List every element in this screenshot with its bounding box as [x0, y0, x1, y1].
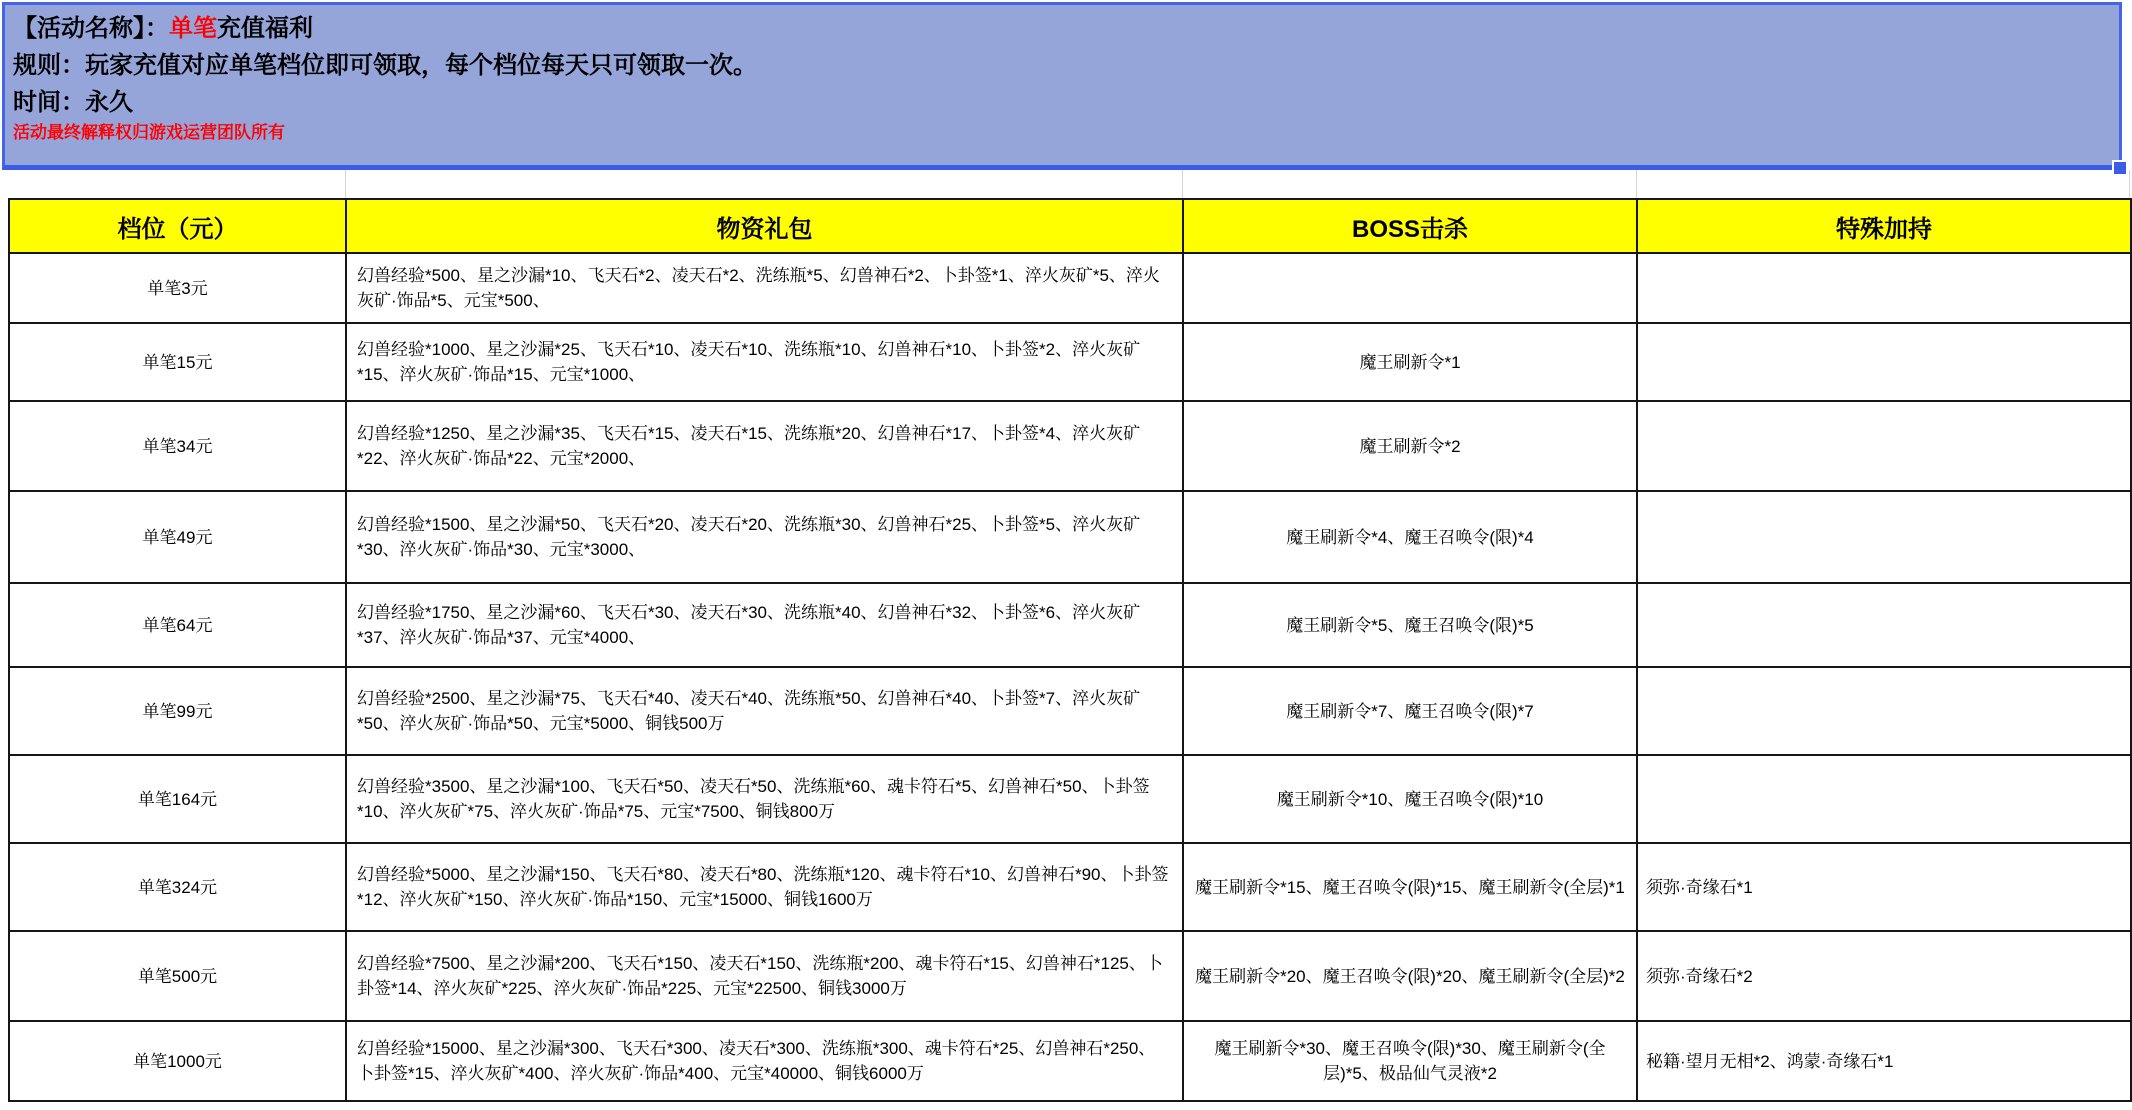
- table-row: 单笔500元 幻兽经验*7500、星之沙漏*200、飞天石*150、凌天石*15…: [9, 931, 2131, 1021]
- boss-cell[interactable]: 魔王刷新令*15、魔王召唤令(限)*15、魔王刷新令(全层)*1: [1183, 843, 1637, 931]
- tier-label: 单笔15元: [143, 353, 213, 372]
- boss-text: 魔王刷新令*20、魔王召唤令(限)*20、魔王刷新令(全层)*2: [1195, 967, 1625, 986]
- package-text: 幻兽经验*1500、星之沙漏*50、飞天石*20、凌天石*20、洗练瓶*30、幻…: [357, 515, 1140, 559]
- activity-time-line: 时间：永久: [13, 84, 2109, 121]
- special-cell[interactable]: [1637, 323, 2131, 401]
- package-cell[interactable]: 幻兽经验*1500、星之沙漏*50、飞天石*20、凌天石*20、洗练瓶*30、幻…: [346, 491, 1183, 583]
- boss-cell[interactable]: 魔王刷新令*1: [1183, 323, 1637, 401]
- package-cell[interactable]: 幻兽经验*500、星之沙漏*10、飞天石*2、凌天石*2、洗练瓶*5、幻兽神石*…: [346, 253, 1183, 323]
- tier-label: 单笔64元: [143, 616, 213, 635]
- special-text: 须弥·奇缘石*1: [1646, 878, 1753, 897]
- package-cell[interactable]: 幻兽经验*3500、星之沙漏*100、飞天石*50、凌天石*50、洗练瓶*60、…: [346, 755, 1183, 843]
- package-text: 幻兽经验*1000、星之沙漏*25、飞天石*10、凌天石*10、洗练瓶*10、幻…: [357, 340, 1140, 384]
- gridline: [2129, 170, 2130, 198]
- boss-cell[interactable]: 魔王刷新令*30、魔王召唤令(限)*30、魔王刷新令(全层)*5、极品仙气灵液*…: [1183, 1021, 1637, 1101]
- tier-cell[interactable]: 单笔49元: [9, 491, 346, 583]
- tier-label: 单笔324元: [138, 878, 217, 897]
- activity-info-box[interactable]: 【活动名称】：单笔充值福利 规则：玩家充值对应单笔档位即可领取，每个档位每天只可…: [2, 2, 2122, 170]
- header-row: 档位（元） 物资礼包 BOSS击杀 特殊加持: [9, 199, 2131, 253]
- activity-title-suffix: 充值福利: [217, 15, 313, 42]
- tier-cell[interactable]: 单笔500元: [9, 931, 346, 1021]
- package-cell[interactable]: 幻兽经验*2500、星之沙漏*75、飞天石*40、凌天石*40、洗练瓶*50、幻…: [346, 667, 1183, 755]
- table-row: 单笔15元 幻兽经验*1000、星之沙漏*25、飞天石*10、凌天石*10、洗练…: [9, 323, 2131, 401]
- header-label-special: 特殊加持: [1836, 216, 1932, 243]
- tier-cell[interactable]: 单笔1000元: [9, 1021, 346, 1101]
- boss-text: 魔王刷新令*30、魔王召唤令(限)*30、魔王刷新令(全层)*5、极品仙气灵液*…: [1214, 1039, 1605, 1083]
- package-cell[interactable]: 幻兽经验*1250、星之沙漏*35、飞天石*15、凌天石*15、洗练瓶*20、幻…: [346, 401, 1183, 491]
- boss-cell[interactable]: 魔王刷新令*20、魔王召唤令(限)*20、魔王刷新令(全层)*2: [1183, 931, 1637, 1021]
- boss-cell[interactable]: [1183, 253, 1637, 323]
- tier-label: 单笔99元: [143, 702, 213, 721]
- special-cell[interactable]: 须弥·奇缘石*1: [1637, 843, 2131, 931]
- gridline: [345, 170, 346, 198]
- gridline: [1182, 170, 1183, 198]
- package-cell[interactable]: 幻兽经验*1750、星之沙漏*60、飞天石*30、凌天石*30、洗练瓶*40、幻…: [346, 583, 1183, 667]
- boss-text: 魔王刷新令*5、魔王召唤令(限)*5: [1286, 616, 1533, 635]
- tier-cell[interactable]: 单笔15元: [9, 323, 346, 401]
- tier-label: 单笔164元: [138, 790, 217, 809]
- gridline: [1636, 170, 1637, 198]
- table-row: 单笔64元 幻兽经验*1750、星之沙漏*60、飞天石*30、凌天石*30、洗练…: [9, 583, 2131, 667]
- table-row: 单笔1000元 幻兽经验*15000、星之沙漏*300、飞天石*300、凌天石*…: [9, 1021, 2131, 1101]
- tier-cell[interactable]: 单笔64元: [9, 583, 346, 667]
- package-cell[interactable]: 幻兽经验*5000、星之沙漏*150、飞天石*80、凌天石*80、洗练瓶*120…: [346, 843, 1183, 931]
- special-cell[interactable]: 秘籍·望月无相*2、鸿蒙·奇缘石*1: [1637, 1021, 2131, 1101]
- special-cell[interactable]: [1637, 755, 2131, 843]
- header-cell-special[interactable]: 特殊加持: [1637, 199, 2131, 253]
- reward-table-header: 档位（元） 物资礼包 BOSS击杀 特殊加持: [9, 199, 2131, 253]
- header-cell-package[interactable]: 物资礼包: [346, 199, 1183, 253]
- boss-text: 魔王刷新令*4、魔王召唤令(限)*4: [1286, 528, 1533, 547]
- boss-text: 魔王刷新令*1: [1359, 353, 1460, 372]
- activity-title-highlight: 单笔: [169, 15, 217, 42]
- boss-cell[interactable]: 魔王刷新令*10、魔王召唤令(限)*10: [1183, 755, 1637, 843]
- header-cell-tier[interactable]: 档位（元）: [9, 199, 346, 253]
- tier-cell[interactable]: 单笔3元: [9, 253, 346, 323]
- special-cell[interactable]: [1637, 667, 2131, 755]
- boss-text: 魔王刷新令*7、魔王召唤令(限)*7: [1286, 702, 1533, 721]
- package-text: 幻兽经验*500、星之沙漏*10、飞天石*2、凌天石*2、洗练瓶*5、幻兽神石*…: [357, 266, 1160, 310]
- table-row: 单笔3元 幻兽经验*500、星之沙漏*10、飞天石*2、凌天石*2、洗练瓶*5、…: [9, 253, 2131, 323]
- activity-rule-line: 规则：玩家充值对应单笔档位即可领取，每个档位每天只可领取一次。: [13, 47, 2109, 84]
- sheet-gap: [0, 170, 2132, 198]
- special-text: 须弥·奇缘石*2: [1646, 967, 1753, 986]
- boss-text: 魔王刷新令*10、魔王召唤令(限)*10: [1277, 790, 1543, 809]
- header-cell-boss[interactable]: BOSS击杀: [1183, 199, 1637, 253]
- tier-cell[interactable]: 单笔164元: [9, 755, 346, 843]
- boss-cell[interactable]: 魔王刷新令*5、魔王召唤令(限)*5: [1183, 583, 1637, 667]
- reward-table: 档位（元） 物资礼包 BOSS击杀 特殊加持 单笔3元 幻兽经验*500、星之沙…: [8, 198, 2132, 1102]
- table-row: 单笔34元 幻兽经验*1250、星之沙漏*35、飞天石*15、凌天石*15、洗练…: [9, 401, 2131, 491]
- tier-cell[interactable]: 单笔99元: [9, 667, 346, 755]
- boss-cell[interactable]: 魔王刷新令*4、魔王召唤令(限)*4: [1183, 491, 1637, 583]
- header-label-tier: 档位（元）: [118, 216, 238, 243]
- table-row: 单笔49元 幻兽经验*1500、星之沙漏*50、飞天石*20、凌天石*20、洗练…: [9, 491, 2131, 583]
- special-cell[interactable]: [1637, 583, 2131, 667]
- boss-text: 魔王刷新令*2: [1359, 437, 1460, 456]
- tier-cell[interactable]: 单笔324元: [9, 843, 346, 931]
- package-text: 幻兽经验*15000、星之沙漏*300、飞天石*300、凌天石*300、洗练瓶*…: [357, 1039, 1155, 1083]
- table-row: 单笔99元 幻兽经验*2500、星之沙漏*75、飞天石*40、凌天石*40、洗练…: [9, 667, 2131, 755]
- table-row: 单笔324元 幻兽经验*5000、星之沙漏*150、飞天石*80、凌天石*80、…: [9, 843, 2131, 931]
- package-text: 幻兽经验*1750、星之沙漏*60、飞天石*30、凌天石*30、洗练瓶*40、幻…: [357, 603, 1140, 647]
- tier-label: 单笔1000元: [133, 1052, 222, 1071]
- table-row: 单笔164元 幻兽经验*3500、星之沙漏*100、飞天石*50、凌天石*50、…: [9, 755, 2131, 843]
- activity-disclaimer-line: 活动最终解释权归游戏运营团队所有: [13, 122, 2109, 144]
- package-cell[interactable]: 幻兽经验*7500、星之沙漏*200、飞天石*150、凌天石*150、洗练瓶*2…: [346, 931, 1183, 1021]
- boss-cell[interactable]: 魔王刷新令*2: [1183, 401, 1637, 491]
- tier-label: 单笔500元: [138, 967, 217, 986]
- tier-label: 单笔3元: [147, 279, 207, 298]
- package-text: 幻兽经验*7500、星之沙漏*200、飞天石*150、凌天石*150、洗练瓶*2…: [357, 954, 1163, 998]
- special-cell[interactable]: [1637, 253, 2131, 323]
- header-label-boss: BOSS击杀: [1352, 216, 1468, 243]
- boss-cell[interactable]: 魔王刷新令*7、魔王召唤令(限)*7: [1183, 667, 1637, 755]
- special-cell[interactable]: [1637, 491, 2131, 583]
- special-text: 秘籍·望月无相*2、鸿蒙·奇缘石*1: [1646, 1052, 1893, 1071]
- tier-cell[interactable]: 单笔34元: [9, 401, 346, 491]
- package-text: 幻兽经验*3500、星之沙漏*100、飞天石*50、凌天石*50、洗练瓶*60、…: [357, 777, 1150, 821]
- package-text: 幻兽经验*1250、星之沙漏*35、飞天石*15、凌天石*15、洗练瓶*20、幻…: [357, 424, 1140, 468]
- special-cell[interactable]: 须弥·奇缘石*2: [1637, 931, 2131, 1021]
- activity-title-prefix: 【活动名称】：: [13, 15, 169, 42]
- package-text: 幻兽经验*2500、星之沙漏*75、飞天石*40、凌天石*40、洗练瓶*50、幻…: [357, 689, 1140, 733]
- package-text: 幻兽经验*5000、星之沙漏*150、飞天石*80、凌天石*80、洗练瓶*120…: [357, 865, 1169, 909]
- special-cell[interactable]: [1637, 401, 2131, 491]
- tier-label: 单笔49元: [143, 528, 213, 547]
- reward-table-body: 单笔3元 幻兽经验*500、星之沙漏*10、飞天石*2、凌天石*2、洗练瓶*5、…: [9, 253, 2131, 1101]
- header-label-package: 物资礼包: [717, 216, 813, 243]
- activity-title-line: 【活动名称】：单笔充值福利: [13, 10, 2109, 47]
- package-cell[interactable]: 幻兽经验*1000、星之沙漏*25、飞天石*10、凌天石*10、洗练瓶*10、幻…: [346, 323, 1183, 401]
- tier-label: 单笔34元: [143, 437, 213, 456]
- boss-text: 魔王刷新令*15、魔王召唤令(限)*15、魔王刷新令(全层)*1: [1195, 878, 1625, 897]
- package-cell[interactable]: 幻兽经验*15000、星之沙漏*300、飞天石*300、凌天石*300、洗练瓶*…: [346, 1021, 1183, 1101]
